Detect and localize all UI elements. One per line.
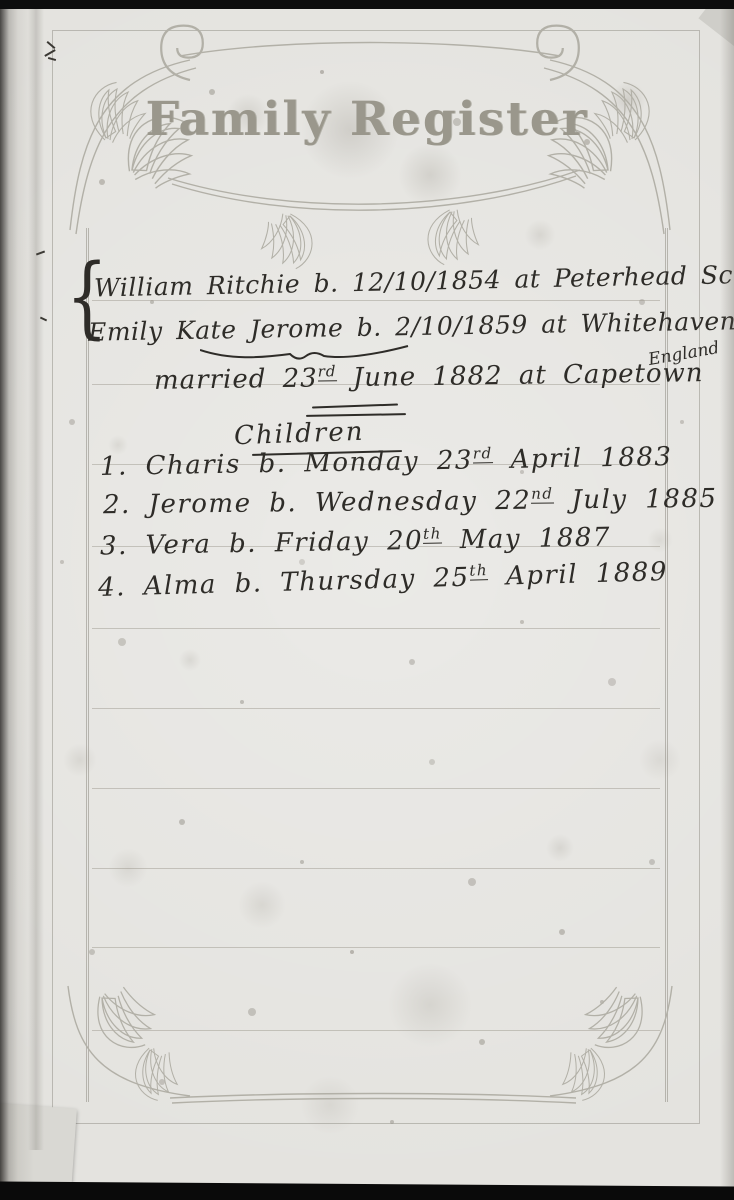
scroll-shell-ornament-bottom-icon — [40, 980, 700, 1120]
ruled-line — [92, 788, 660, 789]
page-right-edge-shadow — [720, 0, 734, 1200]
ruled-line — [92, 868, 660, 869]
child-2-text-rest: July 1885 — [553, 484, 717, 516]
marriage-text: married 23 — [154, 364, 318, 396]
child-1-text-rest: April 1883 — [493, 442, 673, 475]
child-3-ordinal: th — [423, 525, 442, 544]
scan-edge-top — [0, 0, 734, 9]
ruled-line — [92, 628, 660, 629]
child-2-text: 2. Jerome b. Wednesday 22 — [103, 486, 532, 520]
name-underline-flourish — [200, 344, 410, 364]
marriage-text-rest: June 1882 at Capetown — [336, 358, 703, 393]
ruled-line — [92, 947, 660, 948]
child-3-text: 3. Vera b. Friday 20 — [100, 526, 424, 562]
register-page-scan: Family Register { William Ritchie b. 12/… — [0, 0, 734, 1200]
ruled-line — [92, 708, 660, 709]
page-crease-shadow — [28, 0, 44, 1150]
scan-edge-bottom — [0, 1181, 734, 1200]
marriage-ordinal: rd — [318, 363, 337, 382]
child-1-ordinal: rd — [473, 444, 493, 463]
child-4-text-rest: April 1889 — [488, 557, 668, 592]
page-title: Family Register — [0, 92, 734, 147]
child-2-ordinal: nd — [531, 485, 554, 504]
child-4-ordinal: th — [469, 561, 488, 581]
handwritten-children-heading: Children — [234, 417, 365, 452]
child-3-text-rest: May 1887 — [442, 523, 612, 556]
